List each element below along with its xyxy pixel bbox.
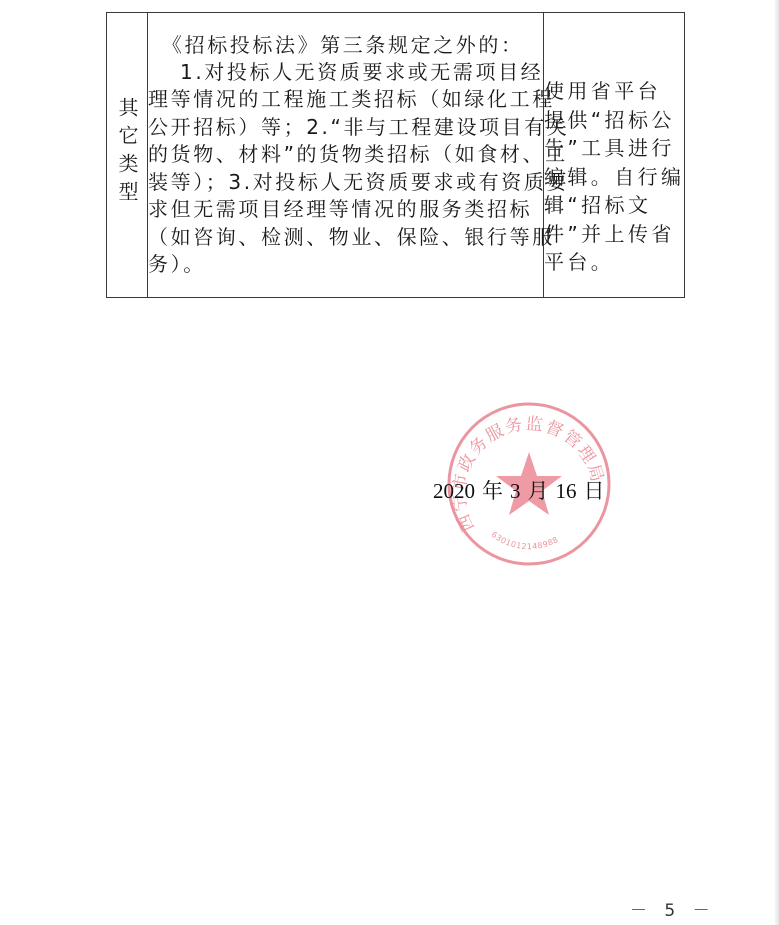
category-cell: 其它类型 [107, 13, 148, 298]
description-line: 1.对投标人无资质要求或无需项目经 [148, 59, 543, 86]
description-line: 求但无需项目经理等情况的服务类招标 [148, 196, 543, 223]
description-line: 《招标投标法》第三条规定之外的： [148, 32, 543, 59]
method-line: 提供“招标公 [544, 106, 684, 135]
method-line: 件”并上传省 [544, 220, 684, 249]
method-text: 使用省平台 提供“招标公 告”工具进行 编辑。自行编 辑“招标文 件”并上传省 … [544, 77, 684, 277]
svg-text:6301012148988: 6301012148988 [490, 530, 560, 551]
date-year: 2020 [433, 479, 475, 503]
method-line: 告”工具进行 [544, 134, 684, 163]
table-row: 其它类型 《招标投标法》第三条规定之外的： 1.对投标人无资质要求或无需项目经 … [107, 13, 685, 298]
signature-date: 2020年3月16日 [433, 475, 612, 505]
month-unit: 月 [528, 479, 549, 503]
year-unit: 年 [482, 479, 503, 503]
description-line: （如咨询、检测、物业、保险、银行等服 [148, 224, 543, 251]
description-line: 公开招标）等；2.“非与工程建设项目有关 [148, 114, 543, 141]
method-line: 辑“招标文 [544, 191, 684, 220]
description-cell: 《招标投标法》第三条规定之外的： 1.对投标人无资质要求或无需项目经 理等情况的… [148, 13, 544, 298]
day-unit: 日 [584, 479, 605, 503]
category-label: 其它类型 [116, 97, 138, 209]
method-cell: 使用省平台 提供“招标公 告”工具进行 编辑。自行编 辑“招标文 件”并上传省 … [544, 13, 685, 298]
scan-edge-shadow [775, 0, 779, 925]
description-line: 的货物、材料”的货物类招标（如食材、工 [148, 141, 543, 168]
date-month: 3 [510, 479, 521, 503]
method-line: 编辑。自行编 [544, 163, 684, 192]
seal-code: 6301012148988 [490, 530, 560, 551]
description-line: 装等）；3.对投标人无资质要求或有资质要 [148, 169, 543, 196]
bidding-category-table: 其它类型 《招标投标法》第三条规定之外的： 1.对投标人无资质要求或无需项目经 … [106, 12, 685, 298]
description-line: 理等情况的工程施工类招标（如绿化工程 [148, 86, 543, 113]
page-number: － 5 － [630, 896, 716, 921]
method-line: 使用省平台 [544, 77, 684, 106]
date-day: 16 [556, 479, 577, 503]
method-line: 平台。 [544, 248, 684, 277]
description-line: 务）。 [148, 251, 543, 278]
